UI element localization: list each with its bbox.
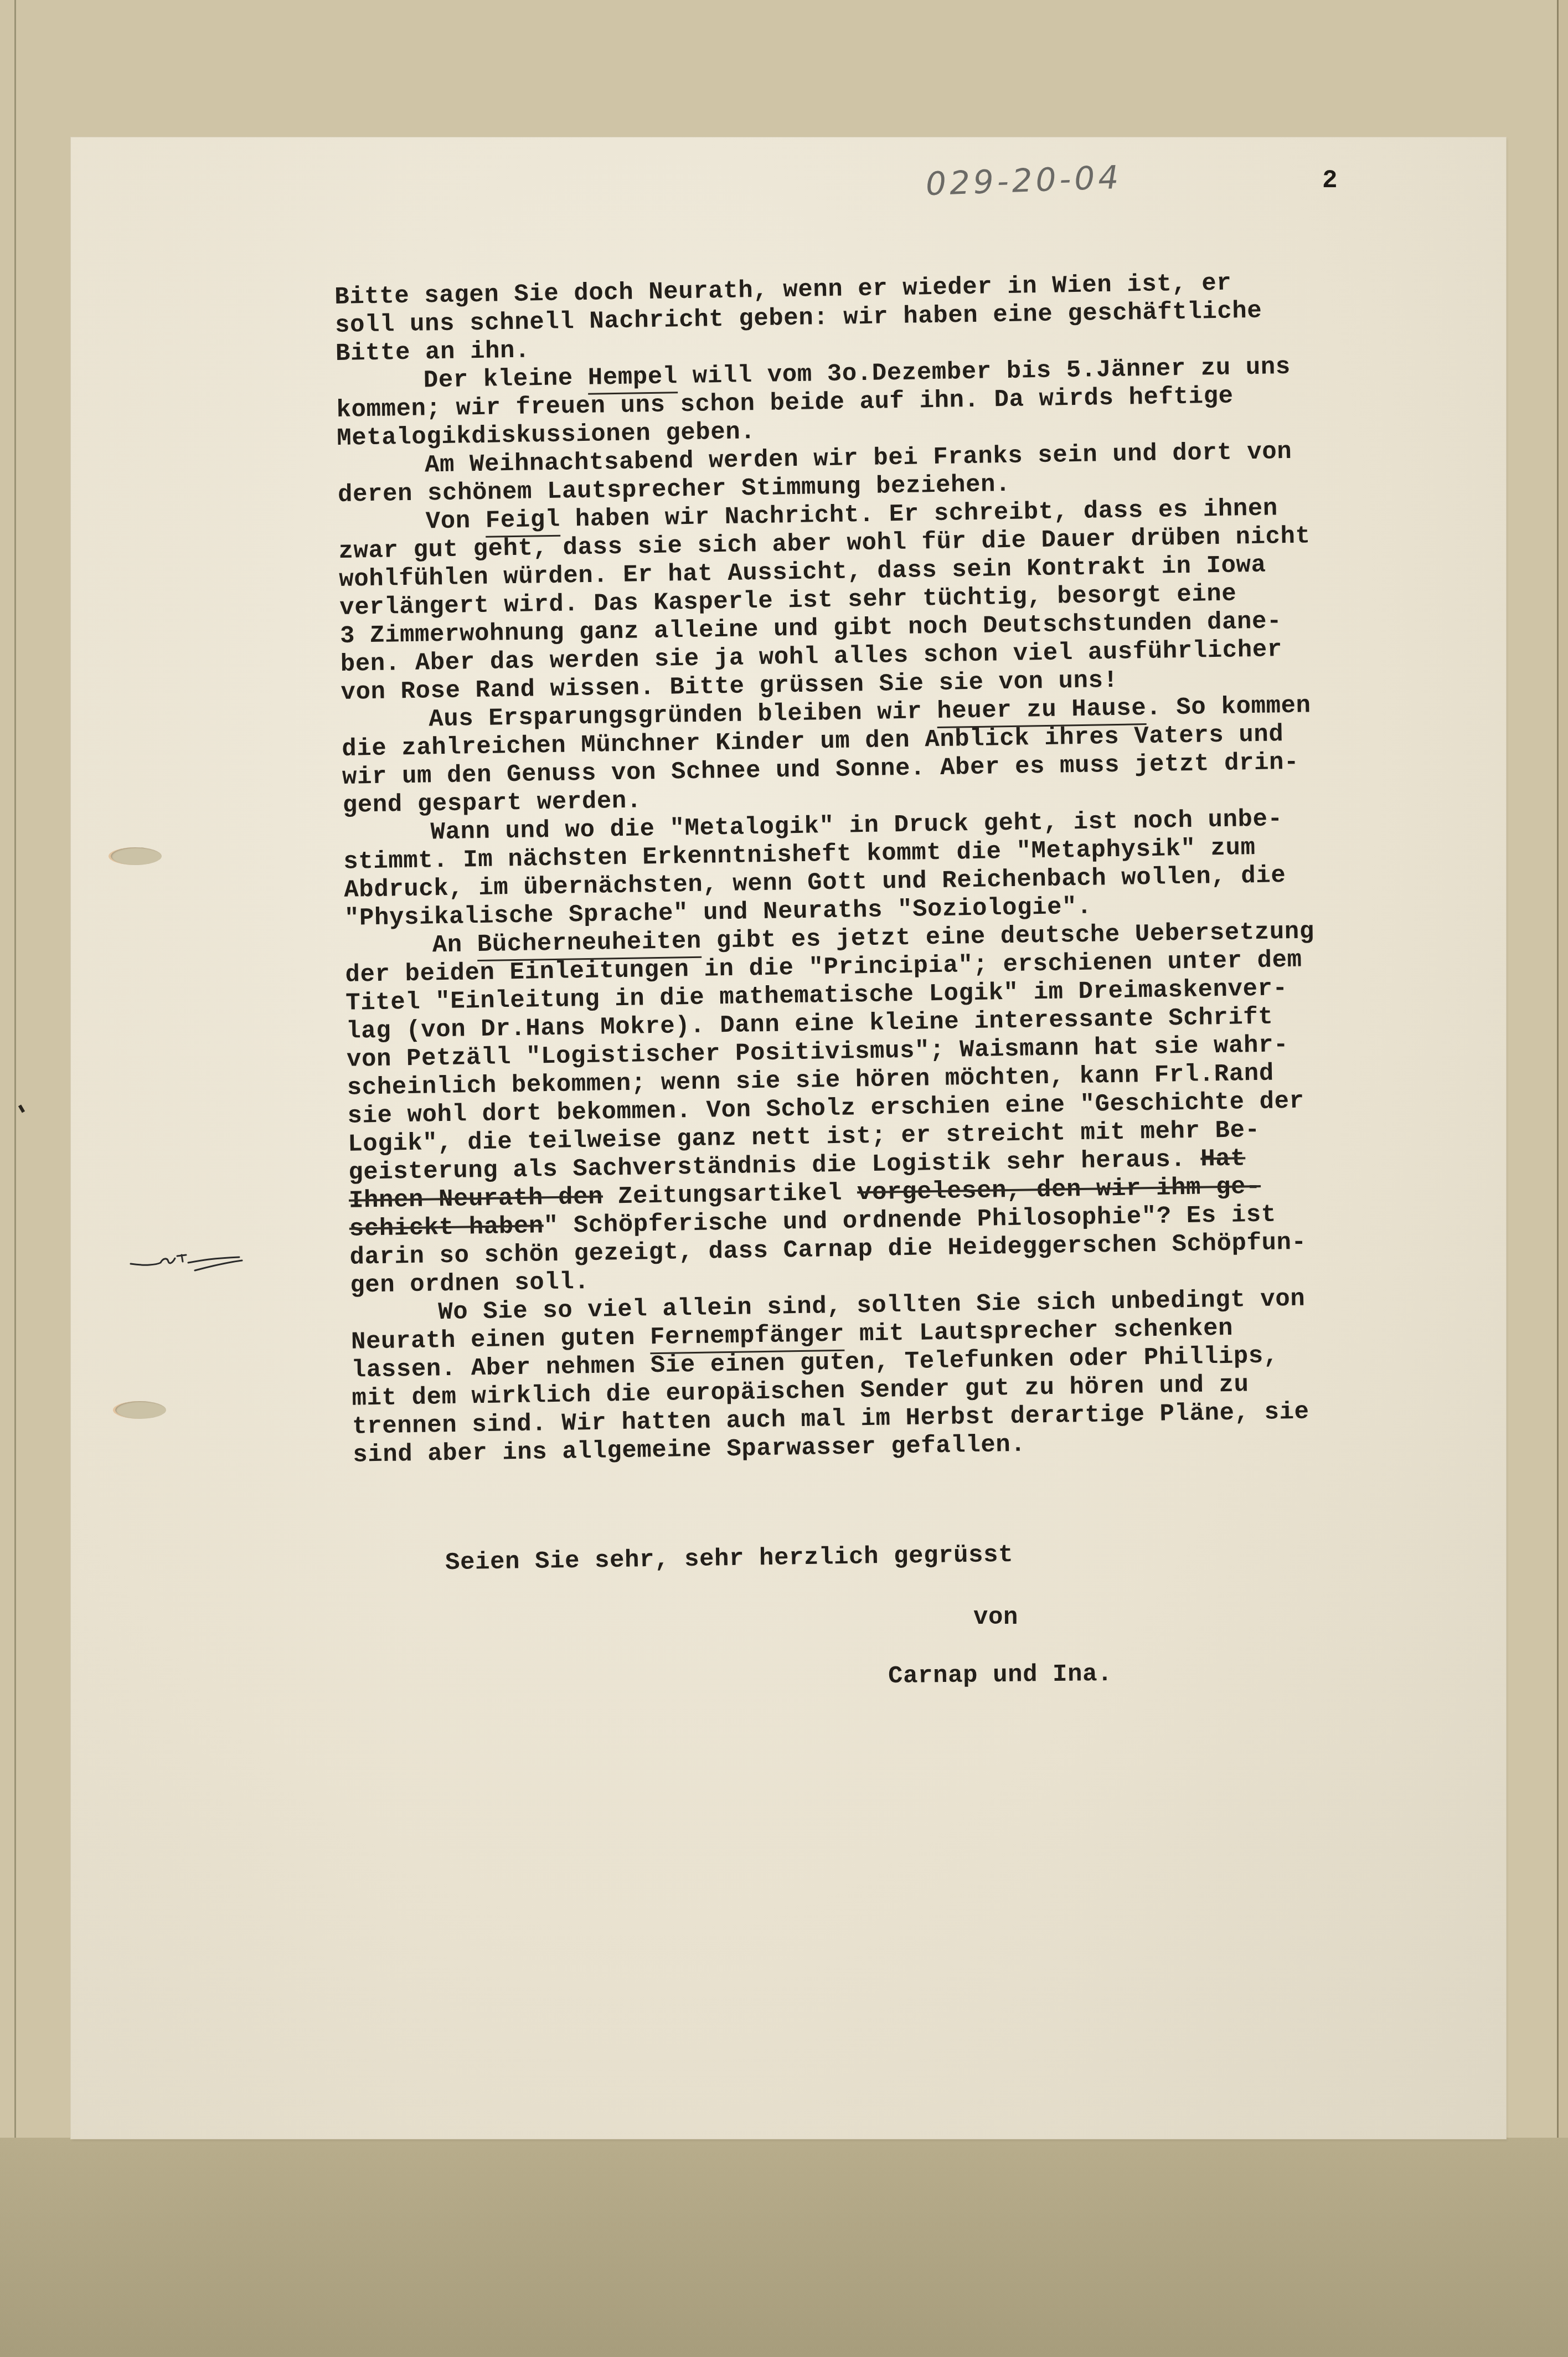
- text-run: Neurath einen guten: [351, 1324, 651, 1356]
- text-run: Von: [425, 507, 486, 536]
- text-run: Zeitungsartikel: [603, 1179, 858, 1211]
- margin-speck: [18, 1104, 25, 1113]
- struck-text: Hat: [1200, 1145, 1246, 1173]
- closing-from: von: [973, 1604, 1018, 1632]
- mount-board-lower: [0, 2138, 1568, 2357]
- punch-hole-upper: [109, 847, 162, 865]
- signature: Carnap und Ina.: [888, 1660, 1113, 1690]
- struck-text: Ihnen Neurath den: [349, 1183, 604, 1215]
- underlined-name-feigl: Feigl: [485, 506, 560, 538]
- punch-hole-lower: [113, 1401, 166, 1419]
- text-run: . So kommen: [1146, 692, 1311, 722]
- underlined-name-hempel: Hempel: [587, 363, 678, 395]
- mount-board-right-edge: [1557, 0, 1568, 2357]
- letter-body: Bitte sagen Sie doch Neurath, wenn er wi…: [334, 265, 1526, 1470]
- text-run: An: [432, 931, 477, 959]
- struck-text: schickt haben: [349, 1212, 544, 1243]
- page-number: 2: [1322, 166, 1338, 195]
- pencil-annotation-icon: [128, 1246, 261, 1285]
- mount-board-edge-line: [14, 0, 16, 2357]
- text-run: Der kleine: [423, 364, 588, 395]
- archive-id-handwritten: 029-20-04: [925, 158, 1122, 203]
